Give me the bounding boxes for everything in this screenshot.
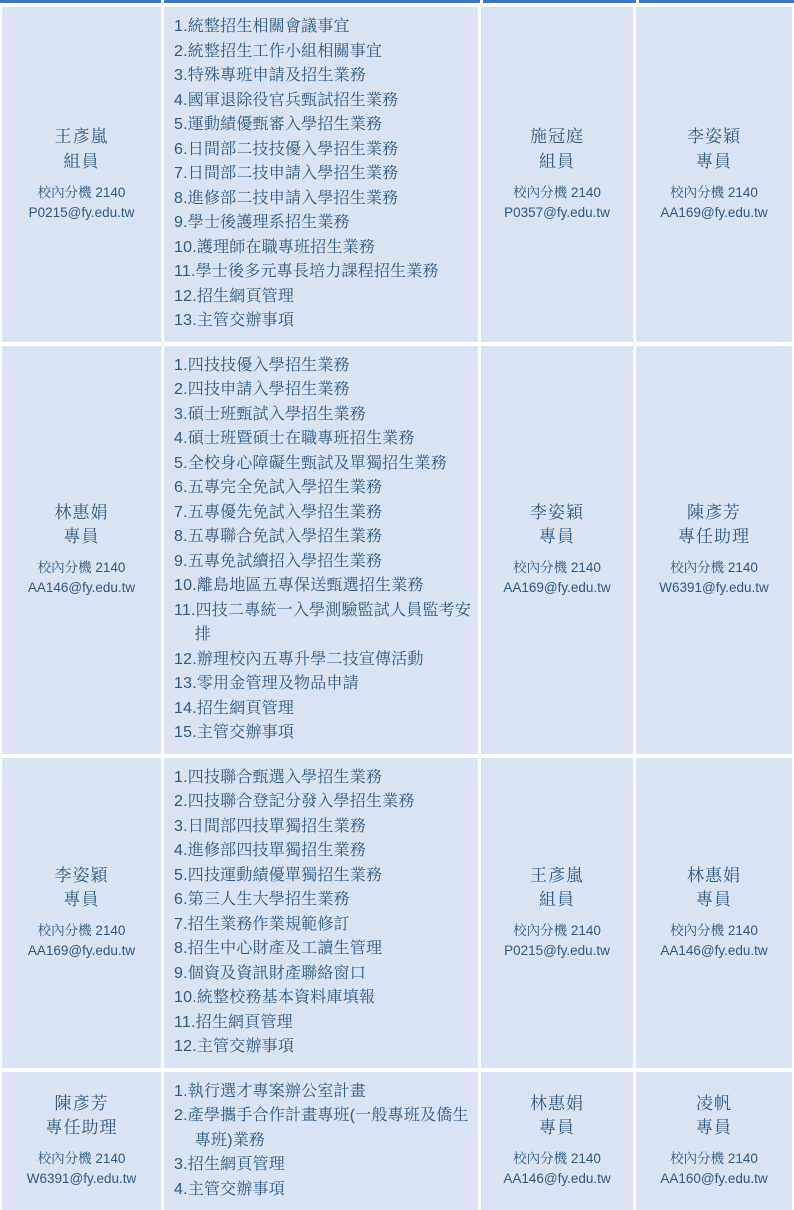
row3-backup1-name: 王彥嵐 bbox=[530, 864, 584, 888]
row1-owner-email: P0215@fy.edu.tw bbox=[29, 203, 135, 223]
row4-owner: 陳彥芳專任助理校內分機 2140W6391@fy.edu.tw bbox=[2, 1072, 161, 1210]
row2-backup1-extension: 校內分機 2140 bbox=[503, 558, 610, 578]
row4-owner-email: W6391@fy.edu.tw bbox=[27, 1169, 137, 1189]
row1-backup2-name: 李姿穎 bbox=[687, 125, 741, 149]
table-row: 陳彥芳專任助理校內分機 2140W6391@fy.edu.tw1.執行選才專案辦… bbox=[0, 1072, 794, 1210]
row1-backup2-email: AA169@fy.edu.tw bbox=[660, 203, 767, 223]
row1-backup2-title: 專員 bbox=[696, 150, 732, 174]
duty-item: 6.日間部二技技優入學招生業務 bbox=[174, 138, 474, 163]
table-body: 王彥嵐組員校內分機 2140P0215@fy.edu.tw1.統整招生相關會議事… bbox=[0, 7, 794, 1210]
row4-owner-extension: 校內分機 2140 bbox=[27, 1149, 137, 1169]
row3-backup1-title: 組員 bbox=[539, 888, 575, 912]
duty-item: 9.學士後護理系招生業務 bbox=[174, 211, 474, 236]
row4-owner-contact: 校內分機 2140W6391@fy.edu.tw bbox=[27, 1149, 137, 1190]
duty-item: 1.統整招生相關會議事宜 bbox=[174, 15, 474, 40]
duty-item: 4.碩士班暨碩士在職專班招生業務 bbox=[174, 427, 474, 452]
duty-item: 8.招生中心財產及工讀生管理 bbox=[174, 937, 474, 962]
row2-backup2-extension: 校內分機 2140 bbox=[659, 558, 769, 578]
row3-owner-email: AA169@fy.edu.tw bbox=[28, 941, 135, 961]
table-row: 林惠娟專員校內分機 2140AA146@fy.edu.tw1.四技技優入學招生業… bbox=[0, 346, 794, 754]
row4-owner-name: 陳彥芳 bbox=[55, 1092, 109, 1116]
row4-backup1-title: 專員 bbox=[539, 1116, 575, 1140]
row1-backup1-name: 施冠庭 bbox=[530, 125, 584, 149]
duty-item: 3.日間部四技單獨招生業務 bbox=[174, 815, 474, 840]
row2-owner-extension: 校內分機 2140 bbox=[28, 558, 135, 578]
duty-item: 11.招生網頁管理 bbox=[174, 1011, 474, 1036]
row2-backup1-name: 李姿穎 bbox=[530, 501, 584, 525]
duty-item: 9.五專免試續招入學招生業務 bbox=[174, 550, 474, 575]
row4-backup2-extension: 校內分機 2140 bbox=[660, 1149, 767, 1169]
row4-backup1-extension: 校內分機 2140 bbox=[503, 1149, 610, 1169]
row1-backup2: 李姿穎專員校內分機 2140AA169@fy.edu.tw bbox=[636, 7, 792, 342]
duty-item: 11.學士後多元專長培力課程招生業務 bbox=[174, 260, 474, 285]
row2-owner: 林惠娟專員校內分機 2140AA146@fy.edu.tw bbox=[2, 346, 161, 754]
row2-owner-title: 專員 bbox=[64, 525, 100, 549]
row2-duties: 1.四技技優入學招生業務2.四技申請入學招生業務3.碩士班甄試入學招生業務4.碩… bbox=[164, 346, 478, 754]
table-row: 李姿穎專員校內分機 2140AA169@fy.edu.tw1.四技聯合甄選入學招… bbox=[0, 758, 794, 1068]
duty-item: 5.全校身心障礙生甄試及單獨招生業務 bbox=[174, 452, 474, 477]
duty-item: 2.四技申請入學招生業務 bbox=[174, 378, 474, 403]
row2-backup2: 陳彥芳專任助理校內分機 2140W6391@fy.edu.tw bbox=[636, 346, 792, 754]
row2-backup2-title: 專任助理 bbox=[678, 525, 750, 549]
duty-item: 3.碩士班甄試入學招生業務 bbox=[174, 403, 474, 428]
duty-item: 7.招生業務作業規範修訂 bbox=[174, 913, 474, 938]
duty-item: 5.四技運動績優單獨招生業務 bbox=[174, 864, 474, 889]
row4-backup2: 凌帆專員校內分機 2140AA160@fy.edu.tw bbox=[636, 1072, 792, 1210]
duty-item: 1.四技聯合甄選入學招生業務 bbox=[174, 766, 474, 791]
staff-duty-table: 王彥嵐組員校內分機 2140P0215@fy.edu.tw1.統整招生相關會議事… bbox=[0, 0, 794, 1210]
row3-backup2-contact: 校內分機 2140AA146@fy.edu.tw bbox=[660, 921, 767, 962]
row1-backup2-extension: 校內分機 2140 bbox=[660, 183, 767, 203]
duty-item: 3.特殊專班申請及招生業務 bbox=[174, 64, 474, 89]
duty-item: 10.離島地區五專保送甄選招生業務 bbox=[174, 574, 474, 599]
row1-owner-extension: 校內分機 2140 bbox=[29, 183, 135, 203]
duty-item: 4.進修部四技單獨招生業務 bbox=[174, 839, 474, 864]
row4-backup2-title: 專員 bbox=[696, 1116, 732, 1140]
row1-owner-name: 王彥嵐 bbox=[55, 125, 109, 149]
header-cell-4 bbox=[639, 0, 794, 3]
duty-item: 1.執行選才專案辦公室計畫 bbox=[174, 1080, 474, 1105]
table-row: 王彥嵐組員校內分機 2140P0215@fy.edu.tw1.統整招生相關會議事… bbox=[0, 7, 794, 342]
row4-backup2-email: AA160@fy.edu.tw bbox=[660, 1169, 767, 1189]
row1-owner-contact: 校內分機 2140P0215@fy.edu.tw bbox=[29, 183, 135, 224]
row3-backup2-name: 林惠娟 bbox=[687, 864, 741, 888]
header-cell-2 bbox=[164, 0, 480, 3]
duty-item: 6.第三人生大學招生業務 bbox=[174, 888, 474, 913]
row3-backup2-title: 專員 bbox=[696, 888, 732, 912]
duty-item: 2.產學攜手合作計畫專班(一般專班及僑生專班)業務 bbox=[174, 1104, 474, 1153]
row2-owner-contact: 校內分機 2140AA146@fy.edu.tw bbox=[28, 558, 135, 599]
row2-backup1-email: AA169@fy.edu.tw bbox=[503, 578, 610, 598]
row4-backup1: 林惠娟專員校內分機 2140AA146@fy.edu.tw bbox=[481, 1072, 633, 1210]
row4-duties: 1.執行選才專案辦公室計畫2.產學攜手合作計畫專班(一般專班及僑生專班)業務3.… bbox=[164, 1072, 478, 1210]
row2-backup1: 李姿穎專員校內分機 2140AA169@fy.edu.tw bbox=[481, 346, 633, 754]
row1-backup1-title: 組員 bbox=[539, 150, 575, 174]
table-header-row bbox=[0, 0, 794, 3]
duty-item: 3.招生網頁管理 bbox=[174, 1153, 474, 1178]
row1-backup1-extension: 校內分機 2140 bbox=[504, 183, 610, 203]
row3-owner: 李姿穎專員校內分機 2140AA169@fy.edu.tw bbox=[2, 758, 161, 1068]
row2-backup2-email: W6391@fy.edu.tw bbox=[659, 578, 769, 598]
duty-item: 14.招生網頁管理 bbox=[174, 697, 474, 722]
row2-backup2-contact: 校內分機 2140W6391@fy.edu.tw bbox=[659, 558, 769, 599]
row3-owner-contact: 校內分機 2140AA169@fy.edu.tw bbox=[28, 921, 135, 962]
duty-item: 11.四技二專統一入學測驗監試人員監考安排 bbox=[174, 599, 474, 648]
duty-item: 8.五專聯合免試入學招生業務 bbox=[174, 525, 474, 550]
row4-owner-title: 專任助理 bbox=[46, 1116, 118, 1140]
duty-item: 10.護理師在職專班招生業務 bbox=[174, 236, 474, 261]
duty-item: 6.五專完全免試入學招生業務 bbox=[174, 476, 474, 501]
row2-backup1-contact: 校內分機 2140AA169@fy.edu.tw bbox=[503, 558, 610, 599]
row1-owner: 王彥嵐組員校內分機 2140P0215@fy.edu.tw bbox=[2, 7, 161, 342]
row1-owner-title: 組員 bbox=[64, 150, 100, 174]
row1-backup1-email: P0357@fy.edu.tw bbox=[504, 203, 610, 223]
row4-backup1-name: 林惠娟 bbox=[530, 1092, 584, 1116]
duty-item: 12.招生網頁管理 bbox=[174, 285, 474, 310]
duty-item: 7.五專優先免試入學招生業務 bbox=[174, 501, 474, 526]
row4-backup1-email: AA146@fy.edu.tw bbox=[503, 1169, 610, 1189]
row3-backup2-email: AA146@fy.edu.tw bbox=[660, 941, 767, 961]
duty-item: 1.四技技優入學招生業務 bbox=[174, 354, 474, 379]
duty-item: 4.主管交辦事項 bbox=[174, 1178, 474, 1203]
duty-item: 8.進修部二技申請入學招生業務 bbox=[174, 187, 474, 212]
header-cell-3 bbox=[483, 0, 636, 3]
duty-item: 9.個資及資訊財產聯絡窗口 bbox=[174, 962, 474, 987]
row3-owner-title: 專員 bbox=[64, 888, 100, 912]
row3-backup1: 王彥嵐組員校內分機 2140P0215@fy.edu.tw bbox=[481, 758, 633, 1068]
row3-backup2: 林惠娟專員校內分機 2140AA146@fy.edu.tw bbox=[636, 758, 792, 1068]
duty-item: 13.零用金管理及物品申請 bbox=[174, 672, 474, 697]
duty-item: 15.主管交辦事項 bbox=[174, 721, 474, 746]
row2-backup1-title: 專員 bbox=[539, 525, 575, 549]
row3-backup2-extension: 校內分機 2140 bbox=[660, 921, 767, 941]
row3-duties: 1.四技聯合甄選入學招生業務2.四技聯合登記分發入學招生業務3.日間部四技單獨招… bbox=[164, 758, 478, 1068]
row2-owner-name: 林惠娟 bbox=[55, 501, 109, 525]
row1-backup1-contact: 校內分機 2140P0357@fy.edu.tw bbox=[504, 183, 610, 224]
row1-backup1: 施冠庭組員校內分機 2140P0357@fy.edu.tw bbox=[481, 7, 633, 342]
row3-backup1-email: P0215@fy.edu.tw bbox=[504, 941, 610, 961]
duty-item: 2.統整招生工作小組相關事宜 bbox=[174, 40, 474, 65]
duty-item: 2.四技聯合登記分發入學招生業務 bbox=[174, 790, 474, 815]
duty-item: 12.主管交辦事項 bbox=[174, 1035, 474, 1060]
duty-item: 10.統整校務基本資料庫填報 bbox=[174, 986, 474, 1011]
row4-backup1-contact: 校內分機 2140AA146@fy.edu.tw bbox=[503, 1149, 610, 1190]
row3-owner-name: 李姿穎 bbox=[55, 864, 109, 888]
row3-backup1-extension: 校內分機 2140 bbox=[504, 921, 610, 941]
duty-item: 5.運動績優甄審入學招生業務 bbox=[174, 113, 474, 138]
duty-item: 4.國軍退除役官兵甄試招生業務 bbox=[174, 89, 474, 114]
row4-backup2-contact: 校內分機 2140AA160@fy.edu.tw bbox=[660, 1149, 767, 1190]
row1-backup2-contact: 校內分機 2140AA169@fy.edu.tw bbox=[660, 183, 767, 224]
row2-owner-email: AA146@fy.edu.tw bbox=[28, 578, 135, 598]
row3-owner-extension: 校內分機 2140 bbox=[28, 921, 135, 941]
duty-item: 7.日間部二技申請入學招生業務 bbox=[174, 162, 474, 187]
header-cell-1 bbox=[0, 0, 161, 3]
duty-item: 12.辦理校內五專升學二技宣傳活動 bbox=[174, 648, 474, 673]
row2-backup2-name: 陳彥芳 bbox=[687, 501, 741, 525]
duty-item: 13.主管交辦事項 bbox=[174, 309, 474, 334]
row1-duties: 1.統整招生相關會議事宜2.統整招生工作小組相關事宜3.特殊專班申請及招生業務4… bbox=[164, 7, 478, 342]
row3-backup1-contact: 校內分機 2140P0215@fy.edu.tw bbox=[504, 921, 610, 962]
row4-backup2-name: 凌帆 bbox=[696, 1092, 732, 1116]
